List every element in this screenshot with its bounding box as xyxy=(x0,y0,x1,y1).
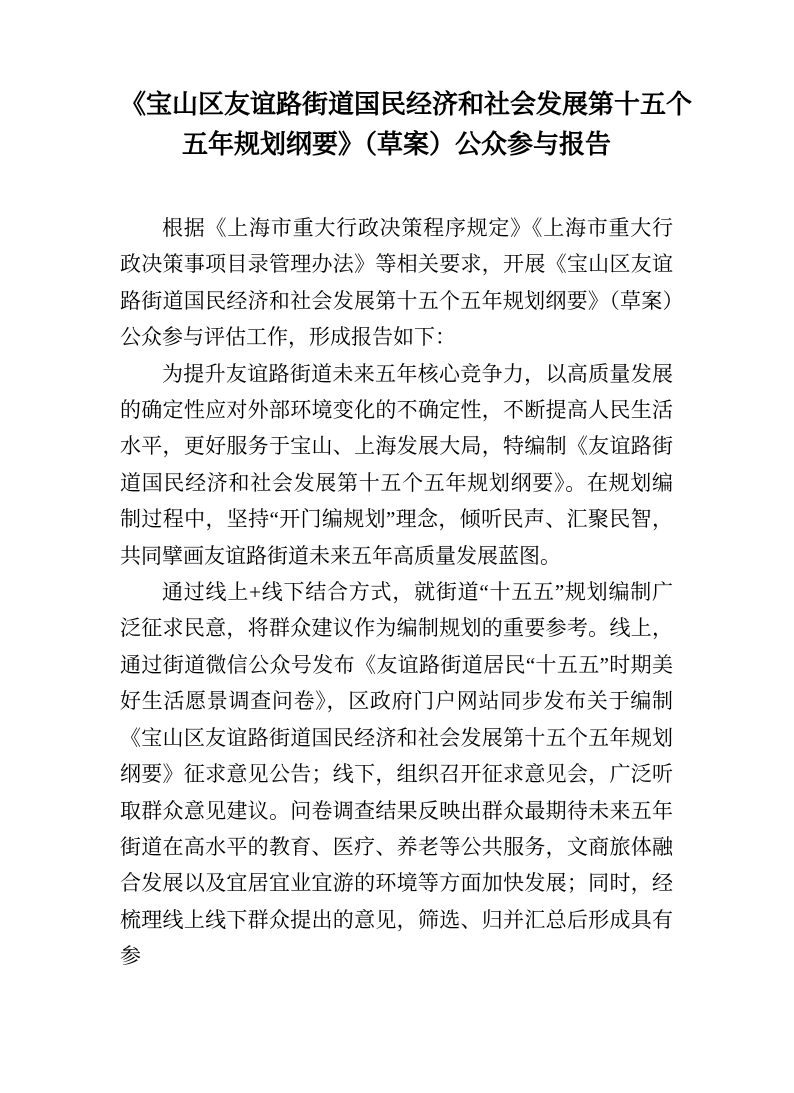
paragraph-basis: 根据《上海市重大行政决策程序规定》《上海市重大行政决策事项目录管理办法》等相关要… xyxy=(120,210,673,356)
document-body: 根据《上海市重大行政决策程序规定》《上海市重大行政决策事项目录管理办法》等相关要… xyxy=(120,210,673,975)
document-page: 《宝山区友谊路街道国民经济和社会发展第十五个 五年规划纲要》（草案）公众参与报告… xyxy=(0,0,794,1093)
document-title-line-1: 《宝山区友谊路街道国民经济和社会发展第十五个 xyxy=(120,84,673,124)
paragraph-process: 通过线上+线下结合方式，就街道“十五五”规划编制广泛征求民意，将群众建议作为编制… xyxy=(120,574,673,974)
document-title-line-2: 五年规划纲要》（草案）公众参与报告 xyxy=(120,124,673,164)
document-title: 《宝山区友谊路街道国民经济和社会发展第十五个 五年规划纲要》（草案）公众参与报告 xyxy=(120,0,673,164)
paragraph-purpose: 为提升友谊路街道未来五年核心竞争力，以高质量发展的确定性应对外部环境变化的不确定… xyxy=(120,356,673,574)
